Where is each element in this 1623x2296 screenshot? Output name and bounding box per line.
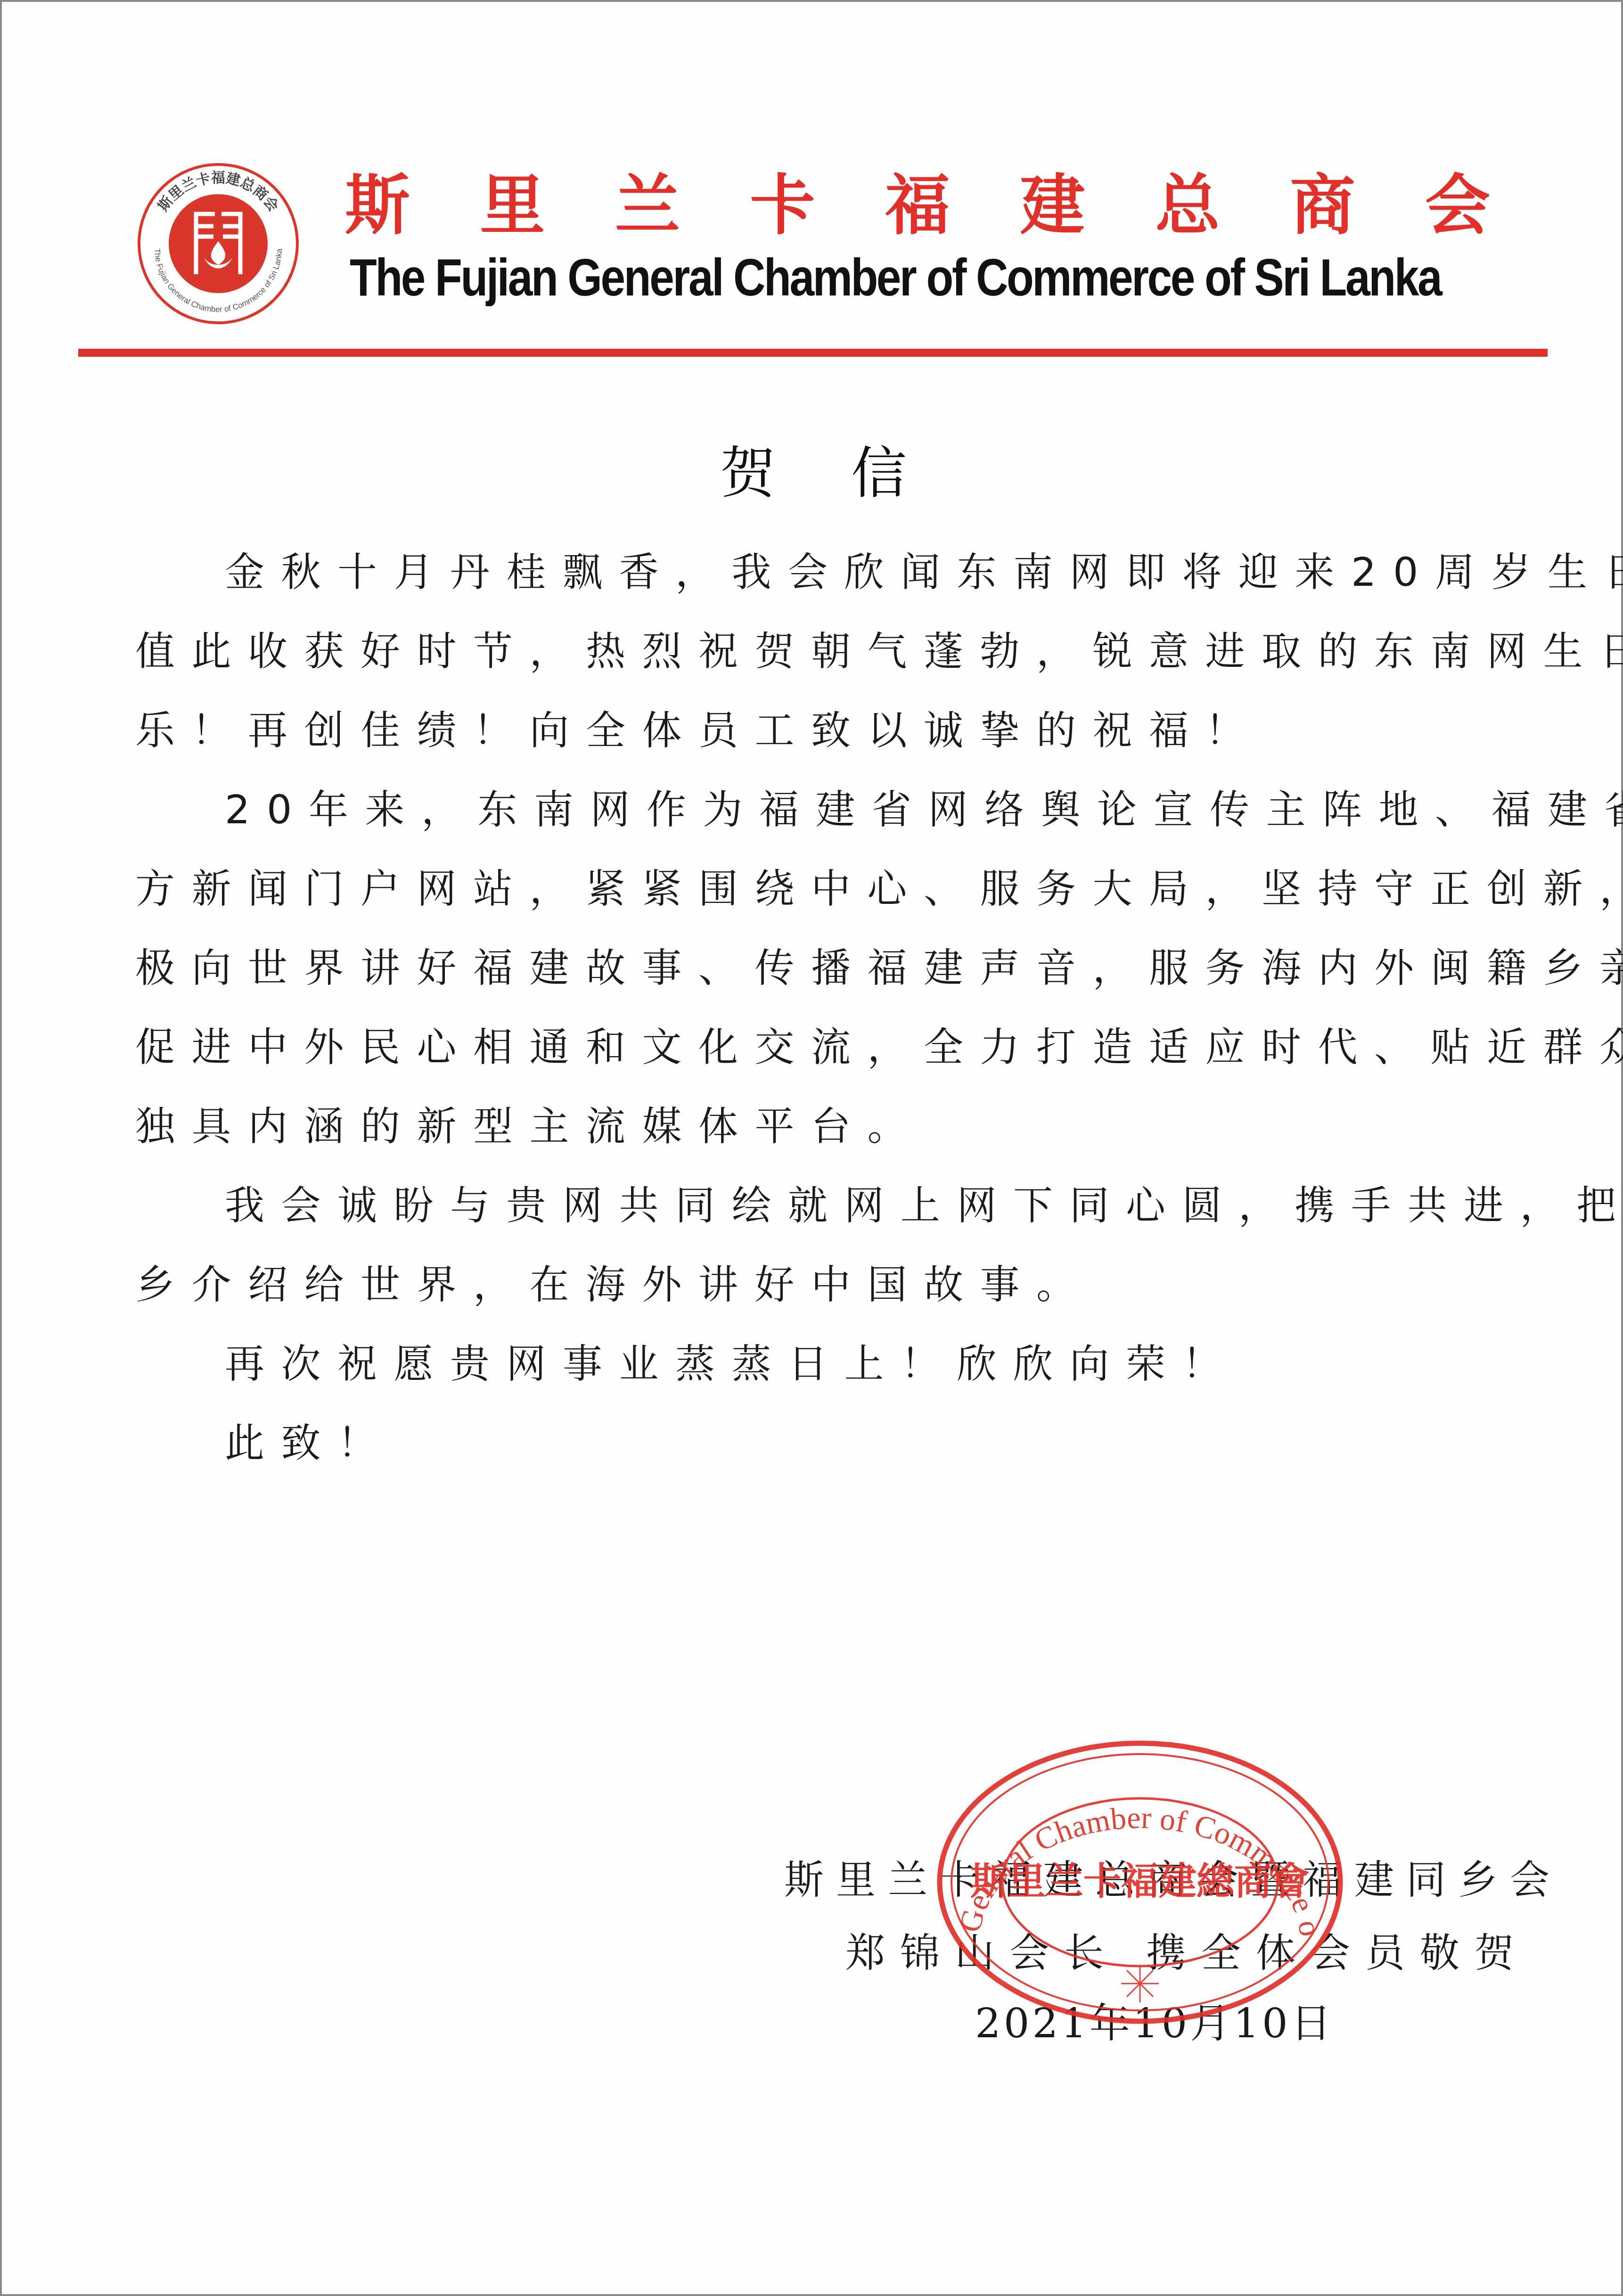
- org-name-cn-char: 兰: [615, 168, 680, 243]
- body-line: 我会诚盼与贵网共同绘就网上网下同心圆，携手共进，把家: [135, 1177, 1502, 1256]
- org-name-cn-char: 斯: [345, 168, 410, 243]
- org-name-cn: 斯 里 兰 卡 福 建 总 商 会: [345, 168, 1490, 243]
- body-line: 乐！再创佳绩！向全体员工致以诚挚的祝福！: [135, 702, 1502, 781]
- org-name-cn-char: 建: [1020, 168, 1085, 243]
- org-name-cn-char: 商: [1290, 168, 1355, 243]
- body-line: 促进中外民心相通和文化交流，全力打造适应时代、贴近群众、: [135, 1019, 1502, 1098]
- org-name-cn-char: 里: [480, 168, 545, 243]
- letter-title: 贺信: [2, 438, 1623, 508]
- body-line: 值此收获好时节，热烈祝贺朝气蓬勃，锐意进取的东南网生日快: [135, 623, 1502, 702]
- body-line: 极向世界讲好福建故事、传播福建声音，服务海内外闽籍乡亲，: [135, 940, 1502, 1019]
- body-line: 金秋十月丹桂飘香，我会欣闻东南网即将迎来20周岁生日，: [135, 544, 1502, 623]
- closing-line: 此致！: [135, 1415, 1502, 1494]
- svg-text:斯里兰卡福建總商會: 斯里兰卡福建總商會: [970, 1859, 1310, 1903]
- org-name-en: The Fujian General Chamber of Commerce o…: [350, 247, 1313, 308]
- body-line: 方新闻门户网站，紧紧围绕中心、服务大局，坚持守正创新，积: [135, 861, 1502, 940]
- body-line: 乡介绍给世界，在海外讲好中国故事。: [135, 1256, 1502, 1336]
- official-seal-icon: The Fujian General Chamber of Commerce o…: [935, 1738, 1345, 2026]
- org-name-cn-char: 卡: [750, 168, 815, 243]
- org-name-cn-char: 福: [885, 168, 950, 243]
- body-line: 再次祝愿贵网事业蒸蒸日上！欣欣向荣！: [135, 1336, 1502, 1415]
- letter-page: 斯里兰卡福建总商会 The Fujian General Chamber of …: [0, 0, 1623, 2296]
- letter-body: 金秋十月丹桂飘香，我会欣闻东南网即将迎来20周岁生日， 值此收获好时节，热烈祝贺…: [135, 544, 1502, 1494]
- org-name-cn-char: 总: [1155, 168, 1220, 243]
- header-divider: [78, 349, 1548, 357]
- body-line: 独具内涵的新型主流媒体平台。: [135, 1098, 1502, 1177]
- body-line: 20年来，东南网作为福建省网络舆论宣传主阵地、福建省官: [135, 781, 1502, 861]
- org-name-cn-char: 会: [1425, 168, 1490, 243]
- chamber-emblem-icon: 斯里兰卡福建总商会 The Fujian General Chamber of …: [136, 161, 301, 326]
